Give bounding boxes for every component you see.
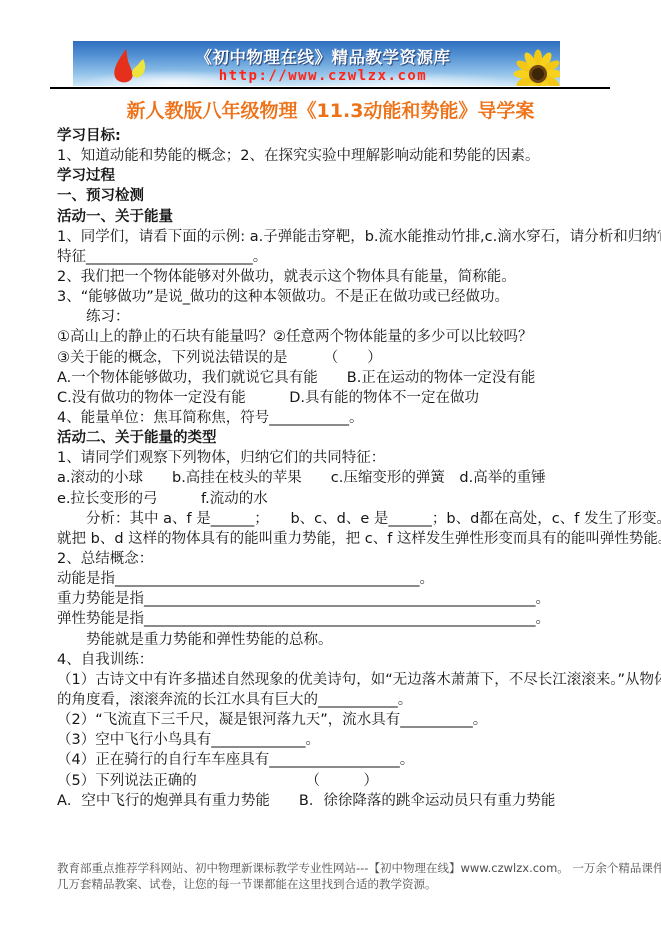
document-line: 动能是指____________________________________…	[57, 569, 619, 589]
document-line: 分析：其中 a、f 是______； b、c、d、e 是______；b、d都在…	[57, 509, 619, 529]
document-line: ①高山上的静止的石块有能量吗？②任意两个物体能量的多少可以比较吗？	[57, 327, 619, 347]
sunflower-image	[488, 41, 560, 86]
page-title: 新人教版八年级物理《11.3动能和势能》导学案	[0, 96, 661, 123]
document-line: ③关于能的概念，下列说法错误的是 （ ）	[57, 348, 619, 368]
document-line: 势能就是重力势能和弹性势能的总称。	[57, 630, 619, 650]
document-line: （4）正在骑行的自行车车座具有__________________。	[57, 750, 619, 770]
document-line: （1）古诗文中有许多描述自然现象的优美诗句，如“无边落木萧萧下，不尽长江滚滚来。…	[57, 670, 619, 690]
document-line: 3、“能够做功”是说_做功的这种本领做功。不是正在做功或已经做功。	[57, 287, 619, 307]
document-line: a.滚动的小球 b.高挂在枝头的苹果 c.压缩变形的弹簧 d.高举的重锤	[57, 468, 619, 488]
document-line: 学习过程	[57, 166, 619, 186]
site-banner: 《初中物理在线》精品教学资源库 http://www.czwlzx.com	[73, 41, 560, 86]
document-line: 4、能量单位：焦耳简称焦，符号___________。	[57, 408, 619, 428]
banner-text-block: 《初中物理在线》精品教学资源库 http://www.czwlzx.com	[153, 44, 493, 84]
document-line: 的角度看，滚滚奔流的长江水具有巨大的___________。	[57, 690, 619, 710]
document-line: 重力势能是指__________________________________…	[57, 589, 619, 609]
document-line: 特征_______________________。	[57, 247, 619, 267]
banner-site-name: 《初中物理在线》精品教学资源库	[153, 44, 493, 68]
document-line: （2）“飞流直下三千尺，凝是银河落九天”，流水具有__________。	[57, 710, 619, 730]
document-line: 活动一、关于能量	[57, 207, 619, 227]
worksheet-page: 《初中物理在线》精品教学资源库 http://www.czwlzx.com	[0, 0, 661, 936]
document-line: （3）空中飞行小鸟具有_____________。	[57, 730, 619, 750]
banner-divider	[50, 87, 610, 89]
document-line: 弹性势能是指__________________________________…	[57, 609, 619, 629]
document-line: e.拉长变形的弓 f.流动的水	[57, 489, 619, 509]
document-line: 1、请同学们观察下列物体，归纳它们的共同特征：	[57, 448, 619, 468]
document-line: 一、预习检测	[57, 186, 619, 206]
footer-line: 几万套精品教案、试卷，让您的每一节课都能在这里找到合适的教学资源。	[57, 877, 661, 893]
document-line: 练习：	[57, 307, 619, 327]
banner-site-url-link[interactable]: http://www.czwlzx.com	[153, 68, 493, 84]
document-line: C.没有做功的物体一定没有能 D.具有能的物体不一定在做功	[57, 388, 619, 408]
footer: 教育部重点推荐学科网站、初中物理新课标教学专业性网站---【初中物理在线】www…	[57, 861, 661, 892]
document-line: 1、知道动能和势能的概念；2、在探究实验中理解影响动能和势能的因素。	[57, 146, 619, 166]
document-line: 2、我们把一个物体能够对外做功，就表示这个物体具有能量，简称能。	[57, 267, 619, 287]
document-line: 1、同学们，请看下面的示例: a.子弹能击穿靶，b.流水能推动竹排,c.滴水穿石…	[57, 227, 619, 247]
document-line: 活动二、关于能量的类型	[57, 428, 619, 448]
document-line: 学习目标:	[57, 126, 619, 146]
document-line: 2、总结概念：	[57, 549, 619, 569]
document-body: 学习目标:1、知道动能和势能的概念；2、在探究实验中理解影响动能和势能的因素。学…	[57, 126, 619, 811]
document-line: 就把 b、d 这样的物体具有的能叫重力势能，把 c、f 这样发生弹性形变而具有的…	[57, 529, 619, 549]
document-line: 4、自我训练：	[57, 650, 619, 670]
footer-line: 教育部重点推荐学科网站、初中物理新课标教学专业性网站---【初中物理在线】www…	[57, 861, 661, 877]
document-line: A.一个物体能够做功，我们就说它具有能 B.正在运动的物体一定没有能	[57, 368, 619, 388]
document-line: （5）下列说法正确的 （ ）	[57, 771, 619, 791]
document-line: A．空中飞行的炮弹具有重力势能 B．徐徐降落的跳伞运动员只有重力势能	[57, 791, 619, 811]
